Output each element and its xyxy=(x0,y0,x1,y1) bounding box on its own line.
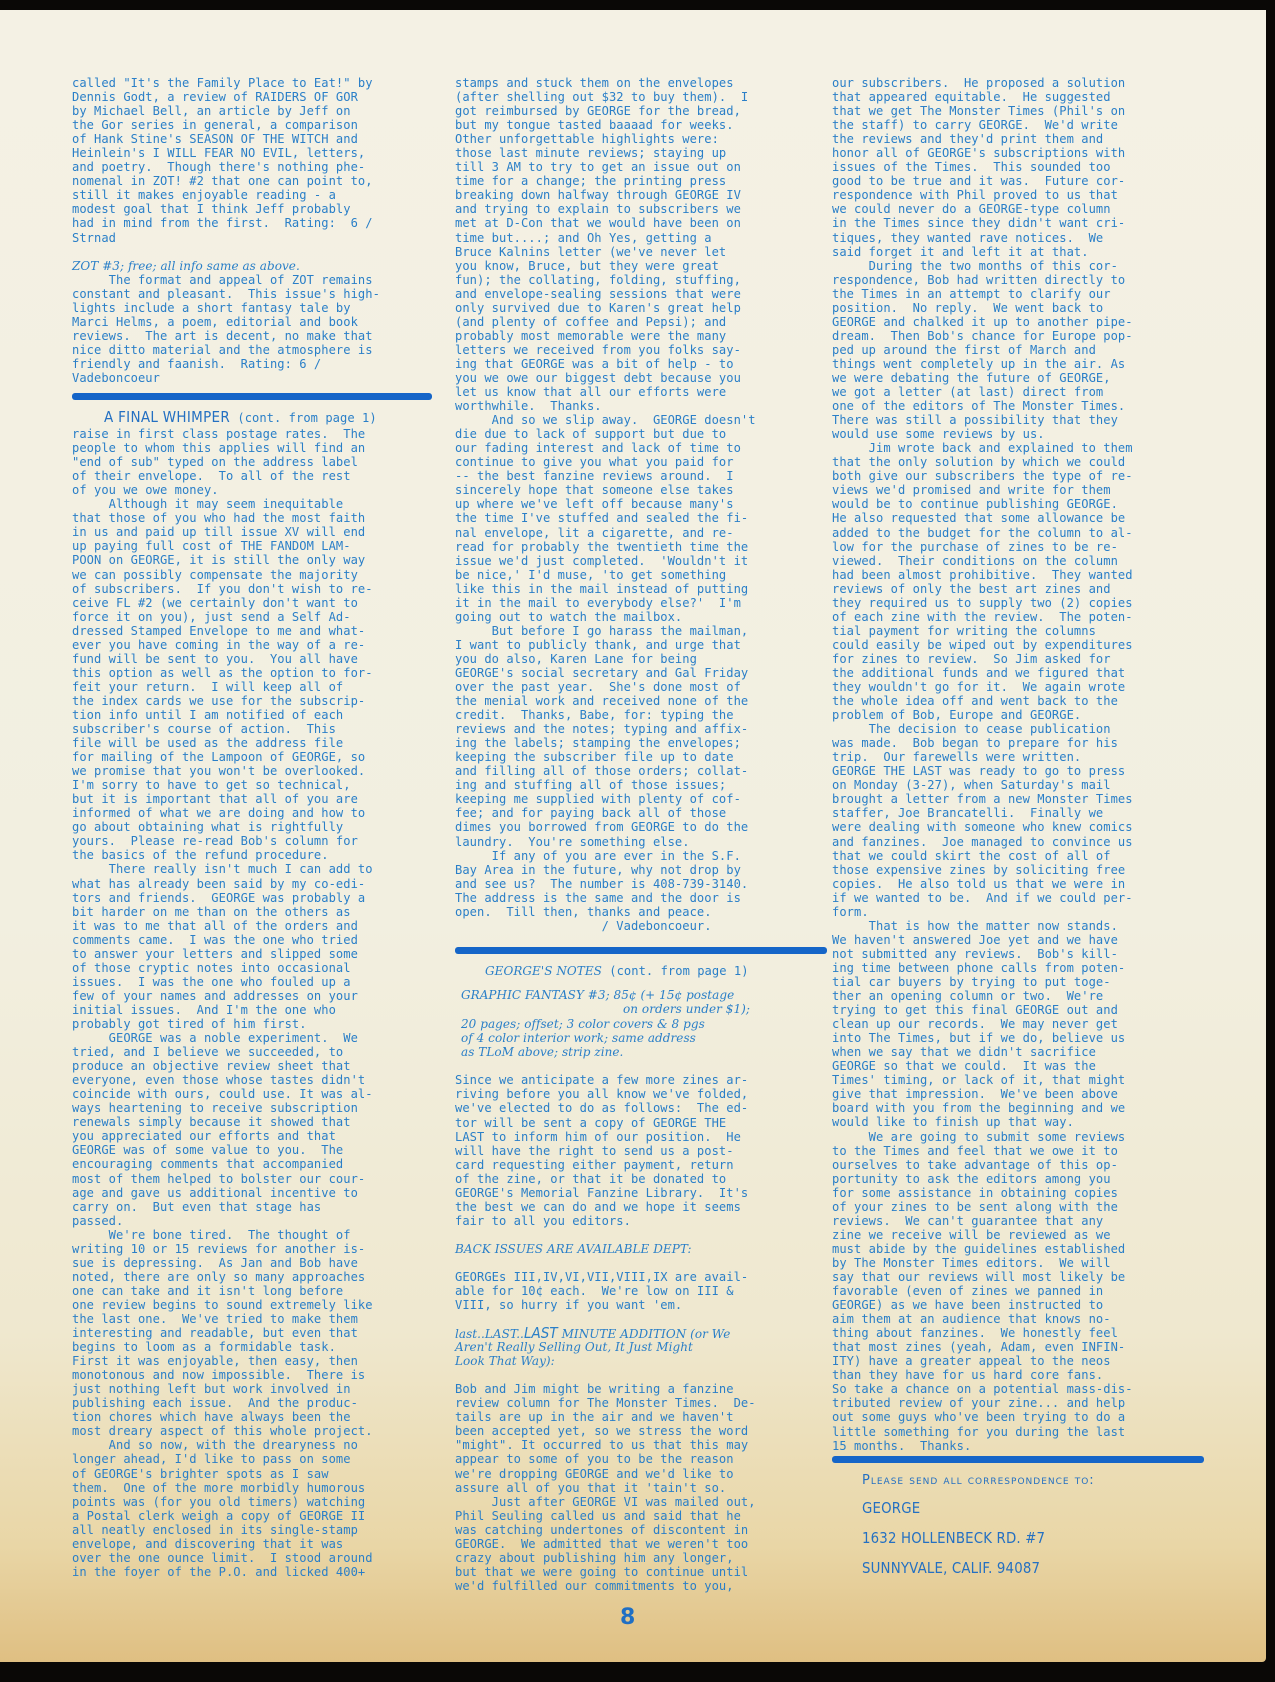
text-line: issues of the Times. This sounded too xyxy=(832,160,1204,174)
section-divider xyxy=(455,947,827,954)
final-whimper-heading: A FINAL WHIMPER (cont. from page 1) xyxy=(72,410,432,425)
text-line: And so now, with the drearyness no xyxy=(72,1438,432,1452)
listing-line: on orders under $1); xyxy=(461,1002,827,1016)
text-line: tails are up in the air and we haven't xyxy=(455,1410,827,1424)
text-line: in us and paid up till issue XV will end xyxy=(72,525,432,539)
text-line: stamps and stuck them on the envelopes xyxy=(455,76,827,90)
text-line: that appeared equitable. He suggested xyxy=(832,90,1204,104)
text-line: age and gave us additional incentive to xyxy=(72,1186,432,1200)
text-line: of the zine, or that it be donated to xyxy=(455,1172,827,1186)
text-line: been accepted yet, so we stress the word xyxy=(455,1424,827,1438)
text-line: problem of Bob, Europe and GEORGE. xyxy=(832,708,1204,722)
text-line: you know, Bruce, but they were great xyxy=(455,259,827,273)
bob-jim-body: Bob and Jim might be writing a fanzinere… xyxy=(455,1382,827,1593)
text-line: when we say that we didn't sacrifice xyxy=(832,1045,1204,1059)
text-line: of Hank Stine's SEASON OF THE WITCH and xyxy=(72,132,432,146)
text-line: of your zines to be sent along with the xyxy=(832,1200,1204,1214)
text-line: like this in the mail instead of putting xyxy=(455,582,827,596)
text-line: brought a letter from a new Monster Time… xyxy=(832,792,1204,806)
text-line: the Times in an attempt to clarify our xyxy=(832,287,1204,301)
text-line: the time I've stuffed and sealed the fi- xyxy=(455,511,827,525)
document-page: called "It's the Family Place to Eat!" b… xyxy=(0,10,1266,1662)
text-line: that we could skirt the cost of all of xyxy=(832,849,1204,863)
text-line: tors and friends. GEORGE was probably a xyxy=(72,891,432,905)
text-line: only survived due to Karen's great help xyxy=(455,301,827,315)
back-issues-body: GEORGEs III,IV,VI,VII,VIII,IX are avail-… xyxy=(455,1270,827,1312)
address-city: SUNNYVALE, CALIF. 94087 xyxy=(862,1559,1062,1577)
text-line: GEORGE THE LAST was ready to go to press xyxy=(832,764,1204,778)
text-line: If any of you are ever in the S.F. xyxy=(455,849,827,863)
text-line: met at D-Con that we would have been on xyxy=(455,216,827,230)
text-line: over the one ounce limit. I stood around xyxy=(72,1551,432,1565)
text-line: by The Monster Times editors. We will xyxy=(832,1256,1204,1270)
text-line: board with you from the beginning and we xyxy=(832,1101,1204,1115)
text-line: time for a change; the printing press xyxy=(455,174,827,188)
listing-line: of 4 color interior work; same address xyxy=(461,1031,827,1045)
text-line: things went completely up in the air. As xyxy=(832,357,1204,371)
text-line: initial issues. And I'm the one who xyxy=(72,1003,432,1017)
text-line: views we'd promised and write for them xyxy=(832,483,1204,497)
text-line: must abide by the guidelines established xyxy=(832,1242,1204,1256)
text-line: the Gor series in general, a comparison xyxy=(72,118,432,132)
section-divider xyxy=(72,393,432,400)
text-line: fee; and for paying back all of those xyxy=(455,806,827,820)
text-line: open. Till then, thanks and peace. xyxy=(455,905,827,919)
back-issues-header: BACK ISSUES ARE AVAILABLE DEPT: xyxy=(455,1242,827,1256)
text-line: respondence with Phil proved to us that xyxy=(832,188,1204,202)
text-line: lights include a short fantasy tale by xyxy=(72,301,432,315)
text-line: Heinlein's I WILL FEAR NO EVIL, letters, xyxy=(72,146,432,160)
text-line: The decision to cease publication xyxy=(832,722,1204,736)
text-line: (after shelling out $32 to buy them). I xyxy=(455,90,827,104)
text-line: viewed. Their conditions on the column xyxy=(832,554,1204,568)
text-line: to answer your letters and slipped some xyxy=(72,947,432,961)
text-line: GEORGE) as we have been instructed to xyxy=(832,1298,1204,1312)
text-line: First it was enjoyable, then easy, then xyxy=(72,1354,432,1368)
georges-notes-heading: GEORGE'S NOTES (cont. from page 1) xyxy=(455,964,827,978)
text-line: fair to all you editors. xyxy=(455,1214,827,1228)
final-whimper-title: A FINAL WHIMPER xyxy=(104,408,230,426)
text-line: respondence, Bob had written directly to xyxy=(832,273,1204,287)
text-line: the additional funds and we figured that xyxy=(832,666,1204,680)
text-line: Although it may seem inequitable xyxy=(72,497,432,511)
text-line: passed. xyxy=(72,1214,432,1228)
text-line: and fanzines. Joe managed to convince us xyxy=(832,835,1204,849)
text-line: Other unforgettable highlights were: xyxy=(455,132,827,146)
text-line: than they have for us hard core fans. xyxy=(832,1368,1204,1382)
text-line: raise in first class postage rates. The xyxy=(72,427,432,441)
text-line: reviews of only the best art zines and xyxy=(832,582,1204,596)
text-line: into The Times, but if we do, believe us xyxy=(832,1031,1204,1045)
text-line: Since we anticipate a few more zines ar- xyxy=(455,1073,827,1087)
text-line: to the Times and feel that we owe it to xyxy=(832,1144,1204,1158)
text-line: That is how the matter now stands. xyxy=(832,919,1204,933)
text-line: will have the right to send us a post- xyxy=(455,1144,827,1158)
text-line: people to whom this applies will find an xyxy=(72,441,432,455)
text-line: points was (for you old timers) watching xyxy=(72,1495,432,1509)
text-line: And so we slip away. GEORGE doesn't xyxy=(455,413,827,427)
text-line: but that we were going to continue until xyxy=(455,1565,827,1579)
listing-line: 20 pages; offset; 3 color covers & 8 pgs xyxy=(461,1017,827,1031)
text-line: ing and stuffing all of those issues; xyxy=(455,778,827,792)
text-line: The address is the same and the door is xyxy=(455,891,827,905)
text-line: appear to some of you to be the reason xyxy=(455,1452,827,1466)
text-line: GEORGE's social secretary and Gal Friday xyxy=(455,666,827,680)
text-line: begins to loom as a formidable task. xyxy=(72,1340,432,1354)
text-line: our fading interest and lack of time to xyxy=(455,441,827,455)
address-name: GEORGE xyxy=(862,1499,1062,1517)
text-line: be nice,' I'd muse, 'to get something xyxy=(455,568,827,582)
text-line: subscriber's course of action. This xyxy=(72,722,432,736)
monster-times-body: our subscribers. He proposed a solutiont… xyxy=(832,76,1204,1453)
text-line: dressed Stamped Envelope to me and what- xyxy=(72,624,432,638)
text-line: and poetry. Though there's nothing phe- xyxy=(72,160,432,174)
last-minute-line: Look That Way): xyxy=(455,1354,827,1368)
text-line: tion info until I am notified of each xyxy=(72,708,432,722)
text-line: of those cryptic notes into occasional xyxy=(72,961,432,975)
text-line: the basics of the refund procedure. xyxy=(72,848,432,862)
text-line: reviews. We can't guarantee that any xyxy=(832,1214,1204,1228)
text-line: informed of what we are doing and how to xyxy=(72,806,432,820)
text-line: but my tongue tasted baaaad for weeks. xyxy=(455,118,827,132)
text-line: position. No reply. We went back to xyxy=(832,301,1204,315)
text-line: you we owe our biggest debt because you xyxy=(455,371,827,385)
text-line: constant and pleasant. This issue's high… xyxy=(72,287,432,301)
text-line: I'm sorry to have to get so technical, xyxy=(72,778,432,792)
text-line: still it makes enjoyable reading - a xyxy=(72,188,432,202)
column-2: stamps and stuck them on the envelopes(a… xyxy=(455,76,827,1593)
text-line: by Michael Bell, an article by Jeff on xyxy=(72,104,432,118)
text-line: GEORGE so that we could. It was the xyxy=(832,1059,1204,1073)
text-line: Dennis Godt, a review of RAIDERS OF GOR xyxy=(72,90,432,104)
text-line: yours. Please re-read Bob's column for xyxy=(72,834,432,848)
text-line: low for the purchase of zines to be re- xyxy=(832,540,1204,554)
zot3-review: The format and appeal of ZOT remainscons… xyxy=(72,273,432,385)
column-3: our subscribers. He proposed a solutiont… xyxy=(832,76,1204,1473)
text-line: ceive FL #2 (we certainly don't want to xyxy=(72,596,432,610)
text-line: produce an objective review sheet that xyxy=(72,1059,432,1073)
text-line: of subscribers. If you don't wish to re- xyxy=(72,582,432,596)
text-line: they wouldn't go for it. We again wrote xyxy=(832,680,1204,694)
address-header: Please send all correspondence to: xyxy=(862,1473,1095,1488)
last-minute-prefix: last..LAST.. xyxy=(455,1327,524,1341)
text-line: we'd fulfilled our commitments to you, xyxy=(455,1579,827,1593)
text-line: ing the labels; stamping the envelopes; xyxy=(455,736,827,750)
text-line: review column for The Monster Times. De- xyxy=(455,1396,827,1410)
text-line: tributed review of your zine... and help xyxy=(832,1396,1204,1410)
final-whimper-cont: (cont. from page 1) xyxy=(230,411,377,425)
text-line: everyone, even those whose tastes didn't xyxy=(72,1073,432,1087)
text-line: those expensive zines by soliciting free xyxy=(832,863,1204,877)
text-line: sue is depressing. As Jan and Bob have xyxy=(72,1256,432,1270)
text-line: worthwhile. Thanks. xyxy=(455,399,827,413)
text-line: carry on. But even that stage has xyxy=(72,1200,432,1214)
text-line: publishing each issue. And the produc- xyxy=(72,1396,432,1410)
text-line: said forget it and left it at that. xyxy=(832,245,1204,259)
text-line: trip. Our farewells were written. xyxy=(832,750,1204,764)
text-line: tial payment for writing the columns xyxy=(832,624,1204,638)
text-line: portunity to ask the editors among you xyxy=(832,1172,1204,1186)
text-line: tiques, they wanted rave notices. We xyxy=(832,231,1204,245)
text-line: just nothing left but work involved in xyxy=(72,1382,432,1396)
text-line: we're dropping GEORGE and we'd like to xyxy=(455,1467,827,1481)
text-line: the staff) to carry GEORGE. We'd write xyxy=(832,118,1204,132)
text-line: longer ahead, I'd like to pass on some xyxy=(72,1452,432,1466)
text-line: read for probably the twentieth time the xyxy=(455,540,827,554)
text-line: continue to give you what you paid for xyxy=(455,455,827,469)
georges-notes-cont: (cont. from page 1) xyxy=(602,964,749,978)
text-line: GEORGE was of some value to you. The xyxy=(72,1143,432,1157)
text-line: The format and appeal of ZOT remains xyxy=(72,273,432,287)
text-line: give that impression. We've been above xyxy=(832,1087,1204,1101)
text-line: both give our subscribers the type of re… xyxy=(832,469,1204,483)
text-line: most dreary aspect of this whole project… xyxy=(72,1424,432,1438)
text-line: "end of sub" typed on the address label xyxy=(72,455,432,469)
text-line: So take a chance on a potential mass-dis… xyxy=(832,1382,1204,1396)
text-line: let us know that all our efforts were xyxy=(455,385,827,399)
page-number: 8 xyxy=(620,1605,635,1630)
text-line: Vadeboncoeur xyxy=(72,371,432,385)
text-line: the menial work and received none of the xyxy=(455,694,827,708)
text-line: for mailing of the Lampoon of GEORGE, so xyxy=(72,750,432,764)
correspondence-address: Please send all correspondence to: GEORG… xyxy=(862,1473,1095,1589)
text-line: "might". It occurred to us that this may xyxy=(455,1438,827,1452)
text-line: GEORGE was a noble experiment. We xyxy=(72,1031,432,1045)
text-line: riving before you all know we've folded, xyxy=(455,1087,827,1101)
text-line: Strnad xyxy=(72,231,432,245)
text-line: Jim wrote back and explained to them xyxy=(832,441,1204,455)
text-line: nice ditto material and the atmosphere i… xyxy=(72,343,432,357)
text-line: not submitted any reviews. Bob's kill- xyxy=(832,947,1204,961)
text-line: ther an opening column or two. We're xyxy=(832,989,1204,1003)
text-line: ourselves to take advantage of this op- xyxy=(832,1158,1204,1172)
text-line: most of them helped to bolster our cour- xyxy=(72,1172,432,1186)
text-line: for zines to review. So Jim asked for xyxy=(832,652,1204,666)
text-line: was made. Bob began to prepare for his xyxy=(832,736,1204,750)
text-line: renewals simply because it showed that xyxy=(72,1115,432,1129)
final-whimper-body-cont: stamps and stuck them on the envelopes(a… xyxy=(455,76,827,933)
text-line: file will be used as the address file xyxy=(72,736,432,750)
text-line: ing that GEORGE was a bit of help - to xyxy=(455,357,827,371)
text-line: tion chores which have always been the xyxy=(72,1410,432,1424)
last-minute-rest: MINUTE ADDITION (or We xyxy=(558,1327,731,1341)
text-line: aim them at an audience that knows no- xyxy=(832,1312,1204,1326)
text-line: ITY) have a greater appeal to the neos xyxy=(832,1354,1204,1368)
text-line: ped up around the first of March and xyxy=(832,343,1204,357)
text-line: LAST to inform him of our position. He xyxy=(455,1130,827,1144)
text-line: He also requested that some allowance be xyxy=(832,511,1204,525)
text-line: but it is important that all of you are xyxy=(72,792,432,806)
text-line: one of the editors of The Monster Times. xyxy=(832,399,1204,413)
text-line: we were debating the future of GEORGE, xyxy=(832,371,1204,385)
text-line: keeping me supplied with plenty of cof- xyxy=(455,792,827,806)
text-line: encouraging comments that accompanied xyxy=(72,1157,432,1171)
text-line: Just after GEORGE VI was mailed out, xyxy=(455,1495,827,1509)
text-line: were dealing with someone who knew comic… xyxy=(832,820,1204,834)
text-line: But before I go harass the mailman, xyxy=(455,624,827,638)
text-line: Phil Seuling called us and said that he xyxy=(455,1509,827,1523)
text-line: probably most memorable were the many xyxy=(455,329,827,343)
last-minute-header: last..LAST..LAST MINUTE ADDITION (or We … xyxy=(455,1326,827,1368)
text-line: one review begins to sound extremely lik… xyxy=(72,1298,432,1312)
zot3-header: ZOT #3; free; all info same as above. xyxy=(72,259,432,273)
text-line: die due to lack of support but due to xyxy=(455,427,827,441)
text-line: Marci Helms, a poem, editorial and book xyxy=(72,315,432,329)
text-line: go about obtaining what is rightfully xyxy=(72,820,432,834)
text-line: honor all of GEORGE's subscriptions with xyxy=(832,146,1204,160)
text-line: going out to watch the mailbox. xyxy=(455,610,827,624)
text-line: clean up our records. We may never get xyxy=(832,1017,1204,1031)
zines-policy: Since we anticipate a few more zines ar-… xyxy=(455,1073,827,1228)
text-line: in the Times since they didn't want cri- xyxy=(832,216,1204,230)
text-line: for some assistance in obtaining copies xyxy=(832,1186,1204,1200)
text-line: GEORGE. We admitted that we weren't too xyxy=(455,1537,827,1551)
text-line: ways heartening to receive subscription xyxy=(72,1101,432,1115)
text-line: force it on you), just send a Self Ad- xyxy=(72,610,432,624)
text-line: fund will be sent to you. You all have xyxy=(72,652,432,666)
text-line: time but....; and Oh Yes, getting a xyxy=(455,231,827,245)
text-line: I want to publicly thank, and urge that xyxy=(455,638,827,652)
text-line: probably got tired of him first. xyxy=(72,1017,432,1031)
text-line: the index cards we use for the subscrip- xyxy=(72,694,432,708)
text-line: favorable (even of zines we panned in xyxy=(832,1284,1204,1298)
text-line: fun); the collating, folding, stuffing, xyxy=(455,273,827,287)
text-line: little something for you during the last xyxy=(832,1425,1204,1439)
text-line: it in the mail to everybody else?' I'm xyxy=(455,596,827,610)
text-line: that the only solution by which we could xyxy=(832,455,1204,469)
text-line: those last minute reviews; staying up xyxy=(455,146,827,160)
text-line: in the foyer of the P.O. and licked 400+ xyxy=(72,1565,432,1579)
text-line: POON on GEORGE, it is still the only way xyxy=(72,553,432,567)
text-line: laundry. You're something else. xyxy=(455,835,827,849)
text-line: would like to finish up that way. xyxy=(832,1115,1204,1129)
listing-line: as TLoM above; strip zine. xyxy=(461,1045,827,1059)
text-line: could easily be wiped out by expenditure… xyxy=(832,638,1204,652)
text-line: added to the budget for the column to al… xyxy=(832,526,1204,540)
text-line: we could never do a GEORGE-type column xyxy=(832,202,1204,216)
text-line: if we wanted to be. And if we could per- xyxy=(832,891,1204,905)
text-line: bit harder on me than on the others as xyxy=(72,905,432,919)
text-line: the whole idea off and went back to the xyxy=(832,694,1204,708)
text-line: dimes you borrowed from GEORGE to do the xyxy=(455,820,827,834)
section-divider xyxy=(832,1456,1204,1463)
text-line: up where we've left off because many's xyxy=(455,497,827,511)
last-minute-line: Aren't Really Selling Out, It Just Might xyxy=(455,1340,827,1354)
text-line: During the two months of this cor- xyxy=(832,259,1204,273)
text-line: able for 10¢ each. We're low on III & xyxy=(455,1284,827,1298)
text-line: We haven't answered Joe yet and we have xyxy=(832,933,1204,947)
text-line: and filling all of those orders; collat- xyxy=(455,764,827,778)
text-line: and see us? The number is 408-739-3140. xyxy=(455,877,827,891)
text-line: out some guys who've been trying to do a xyxy=(832,1410,1204,1424)
text-line: comments came. I was the one who tried xyxy=(72,933,432,947)
text-line: the reviews and they'd print them and xyxy=(832,132,1204,146)
text-line: -- the best fanzine reviews around. I xyxy=(455,469,827,483)
text-line: form. xyxy=(832,905,1204,919)
text-line: we promise that you won't be overlooked. xyxy=(72,764,432,778)
text-line: of you we owe money. xyxy=(72,483,432,497)
text-line: say that our reviews will most likely be xyxy=(832,1270,1204,1284)
text-line: GEORGE's Memorial Fanzine Library. It's xyxy=(455,1186,827,1200)
text-line: you appreciated our efforts and that xyxy=(72,1129,432,1143)
text-line: Times' timing, or lack of it, that might xyxy=(832,1073,1204,1087)
text-line: letters we received from you folks say- xyxy=(455,343,827,357)
text-line: one can take and it isn't long before xyxy=(72,1284,432,1298)
text-line: tial car buyers by trying to put toge- xyxy=(832,975,1204,989)
text-line: they required us to supply two (2) copie… xyxy=(832,596,1204,610)
text-line: would be to continue publishing GEORGE. xyxy=(832,497,1204,511)
zot2-review: called "It's the Family Place to Eat!" b… xyxy=(72,76,432,245)
text-line: nomenal in ZOT! #2 that one can point to… xyxy=(72,174,432,188)
text-line: that we get The Monster Times (Phil's on xyxy=(832,104,1204,118)
final-whimper-body: raise in first class postage rates. Thep… xyxy=(72,427,432,1579)
text-line: monotonous and now impossible. There is xyxy=(72,1368,432,1382)
text-line: that most zines (yeah, Adam, even INFIN- xyxy=(832,1340,1204,1354)
text-line: on Monday (3-27), when Saturday's mail xyxy=(832,778,1204,792)
text-line: breaking down halfway through GEORGE IV xyxy=(455,188,827,202)
text-line: few of your names and addresses on your xyxy=(72,989,432,1003)
text-line: up paying full cost of THE FANDOM LAM- xyxy=(72,539,432,553)
text-line: noted, there are only so many approaches xyxy=(72,1270,432,1284)
text-line: nal envelope, lit a cigarette, and re- xyxy=(455,526,827,540)
text-line: tor will be sent a copy of GEORGE THE xyxy=(455,1116,827,1130)
text-line: thing about fanzines. We honestly feel xyxy=(832,1326,1204,1340)
text-line: we can possibly compensate the majority xyxy=(72,568,432,582)
text-line: GEORGE and chalked it up to another pipe… xyxy=(832,315,1204,329)
text-line: would use some reviews by us. xyxy=(832,427,1204,441)
text-line: Bruce Kalnins letter (we've never let xyxy=(455,245,827,259)
text-line: coincide with ours, could use. It was al… xyxy=(72,1087,432,1101)
text-line: had been almost prohibitive. They wanted xyxy=(832,568,1204,582)
text-line: envelope, and discovering that it was xyxy=(72,1537,432,1551)
text-line: issue we'd just completed. 'Wouldn't it xyxy=(455,554,827,568)
text-line: Bob and Jim might be writing a fanzine xyxy=(455,1382,827,1396)
text-line: ing time between phone calls from poten- xyxy=(832,961,1204,975)
text-line: and trying to explain to subscribers we xyxy=(455,202,827,216)
text-line: reviews. The art is decent, no make that xyxy=(72,329,432,343)
text-line: issues. I was the one who fouled up a xyxy=(72,975,432,989)
text-line: We're bone tired. The thought of xyxy=(72,1228,432,1242)
text-line: modest goal that I think Jeff probably xyxy=(72,202,432,216)
text-line: assure all of you that it 'tain't so. xyxy=(455,1481,827,1495)
text-line: writing 10 or 15 reviews for another is- xyxy=(72,1242,432,1256)
georges-notes-title: GEORGE'S NOTES xyxy=(485,964,602,978)
text-line: zine we receive will be reviewed as we xyxy=(832,1228,1204,1242)
text-line: all neatly enclosed in its single-stamp xyxy=(72,1523,432,1537)
text-line: the last one. We've tried to make them xyxy=(72,1312,432,1326)
text-line: what has already been said by my co-edi- xyxy=(72,877,432,891)
text-line: crazy about publishing him any longer, xyxy=(455,1551,827,1565)
graphic-fantasy-listing: GRAPHIC FANTASY #3; 85¢ (+ 15¢ postage o… xyxy=(455,988,827,1059)
text-line: of each zine with the review. The poten- xyxy=(832,610,1204,624)
text-line: tried, and I believe we succeeded, to xyxy=(72,1045,432,1059)
text-line: the best we can do and we hope it seems xyxy=(455,1200,827,1214)
text-line: of their envelope. To all of the rest xyxy=(72,469,432,483)
text-line: that those of you who had the most faith xyxy=(72,511,432,525)
text-line: got reimbursed by GEORGE for the bread, xyxy=(455,104,827,118)
text-line: this option as well as the option to for… xyxy=(72,666,432,680)
text-line: feit your return. I will keep all of xyxy=(72,680,432,694)
text-line: There was still a possibility that they xyxy=(832,413,1204,427)
text-line: had in mind from the first. Rating: 6 / xyxy=(72,216,432,230)
text-line: Bay Area in the future, why not drop by xyxy=(455,863,827,877)
text-line: We are going to submit some reviews xyxy=(832,1130,1204,1144)
text-line: it was to me that all of the orders and xyxy=(72,919,432,933)
text-line: trying to get this final GEORGE out and xyxy=(832,1003,1204,1017)
text-line: There really isn't much I can add to xyxy=(72,862,432,876)
text-line: good to be true and it was. Future cor- xyxy=(832,174,1204,188)
text-line: friendly and faanish. Rating: 6 / xyxy=(72,357,432,371)
